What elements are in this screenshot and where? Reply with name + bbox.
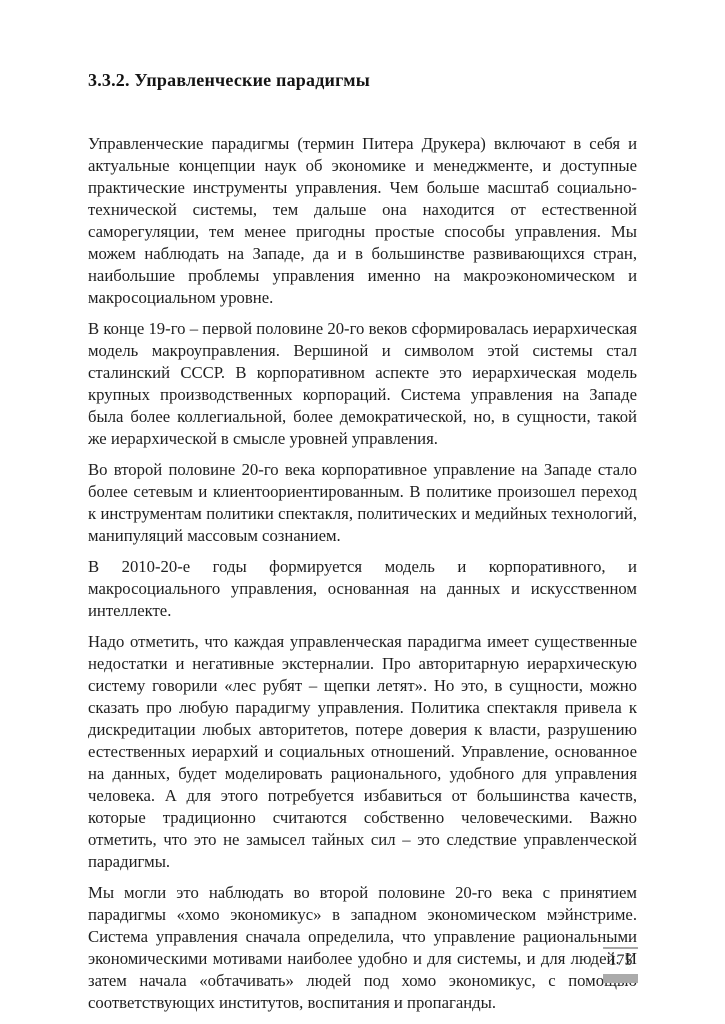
- paragraph-paradigm-drawbacks: Надо отметить, что каждая управленческая…: [88, 631, 637, 873]
- paragraph-2010-20s-model: В 2010-20-е годы формируется модель и ко…: [88, 556, 637, 622]
- paragraph-management-paradigms-intro: Управленческие парадигмы (термин Питера …: [88, 133, 637, 309]
- paragraph-hierarchical-model: В конце 19-го – первой половине 20-го ве…: [88, 318, 637, 450]
- paragraph-homo-economicus: Мы могли это наблюдать во второй половин…: [88, 882, 637, 1014]
- page-number-block: 175: [603, 947, 638, 983]
- footer-top-rule: [603, 947, 638, 949]
- document-page: 3.3.2. Управленческие парадигмы Управлен…: [0, 0, 725, 1024]
- paragraph-second-half-20th-century: Во второй половине 20-го века корпоратив…: [88, 459, 637, 547]
- section-heading: 3.3.2. Управленческие парадигмы: [88, 70, 637, 91]
- footer-bottom-bar: [603, 974, 638, 983]
- page-number: 175: [603, 951, 638, 971]
- page-content: 3.3.2. Управленческие парадигмы Управлен…: [88, 70, 637, 1023]
